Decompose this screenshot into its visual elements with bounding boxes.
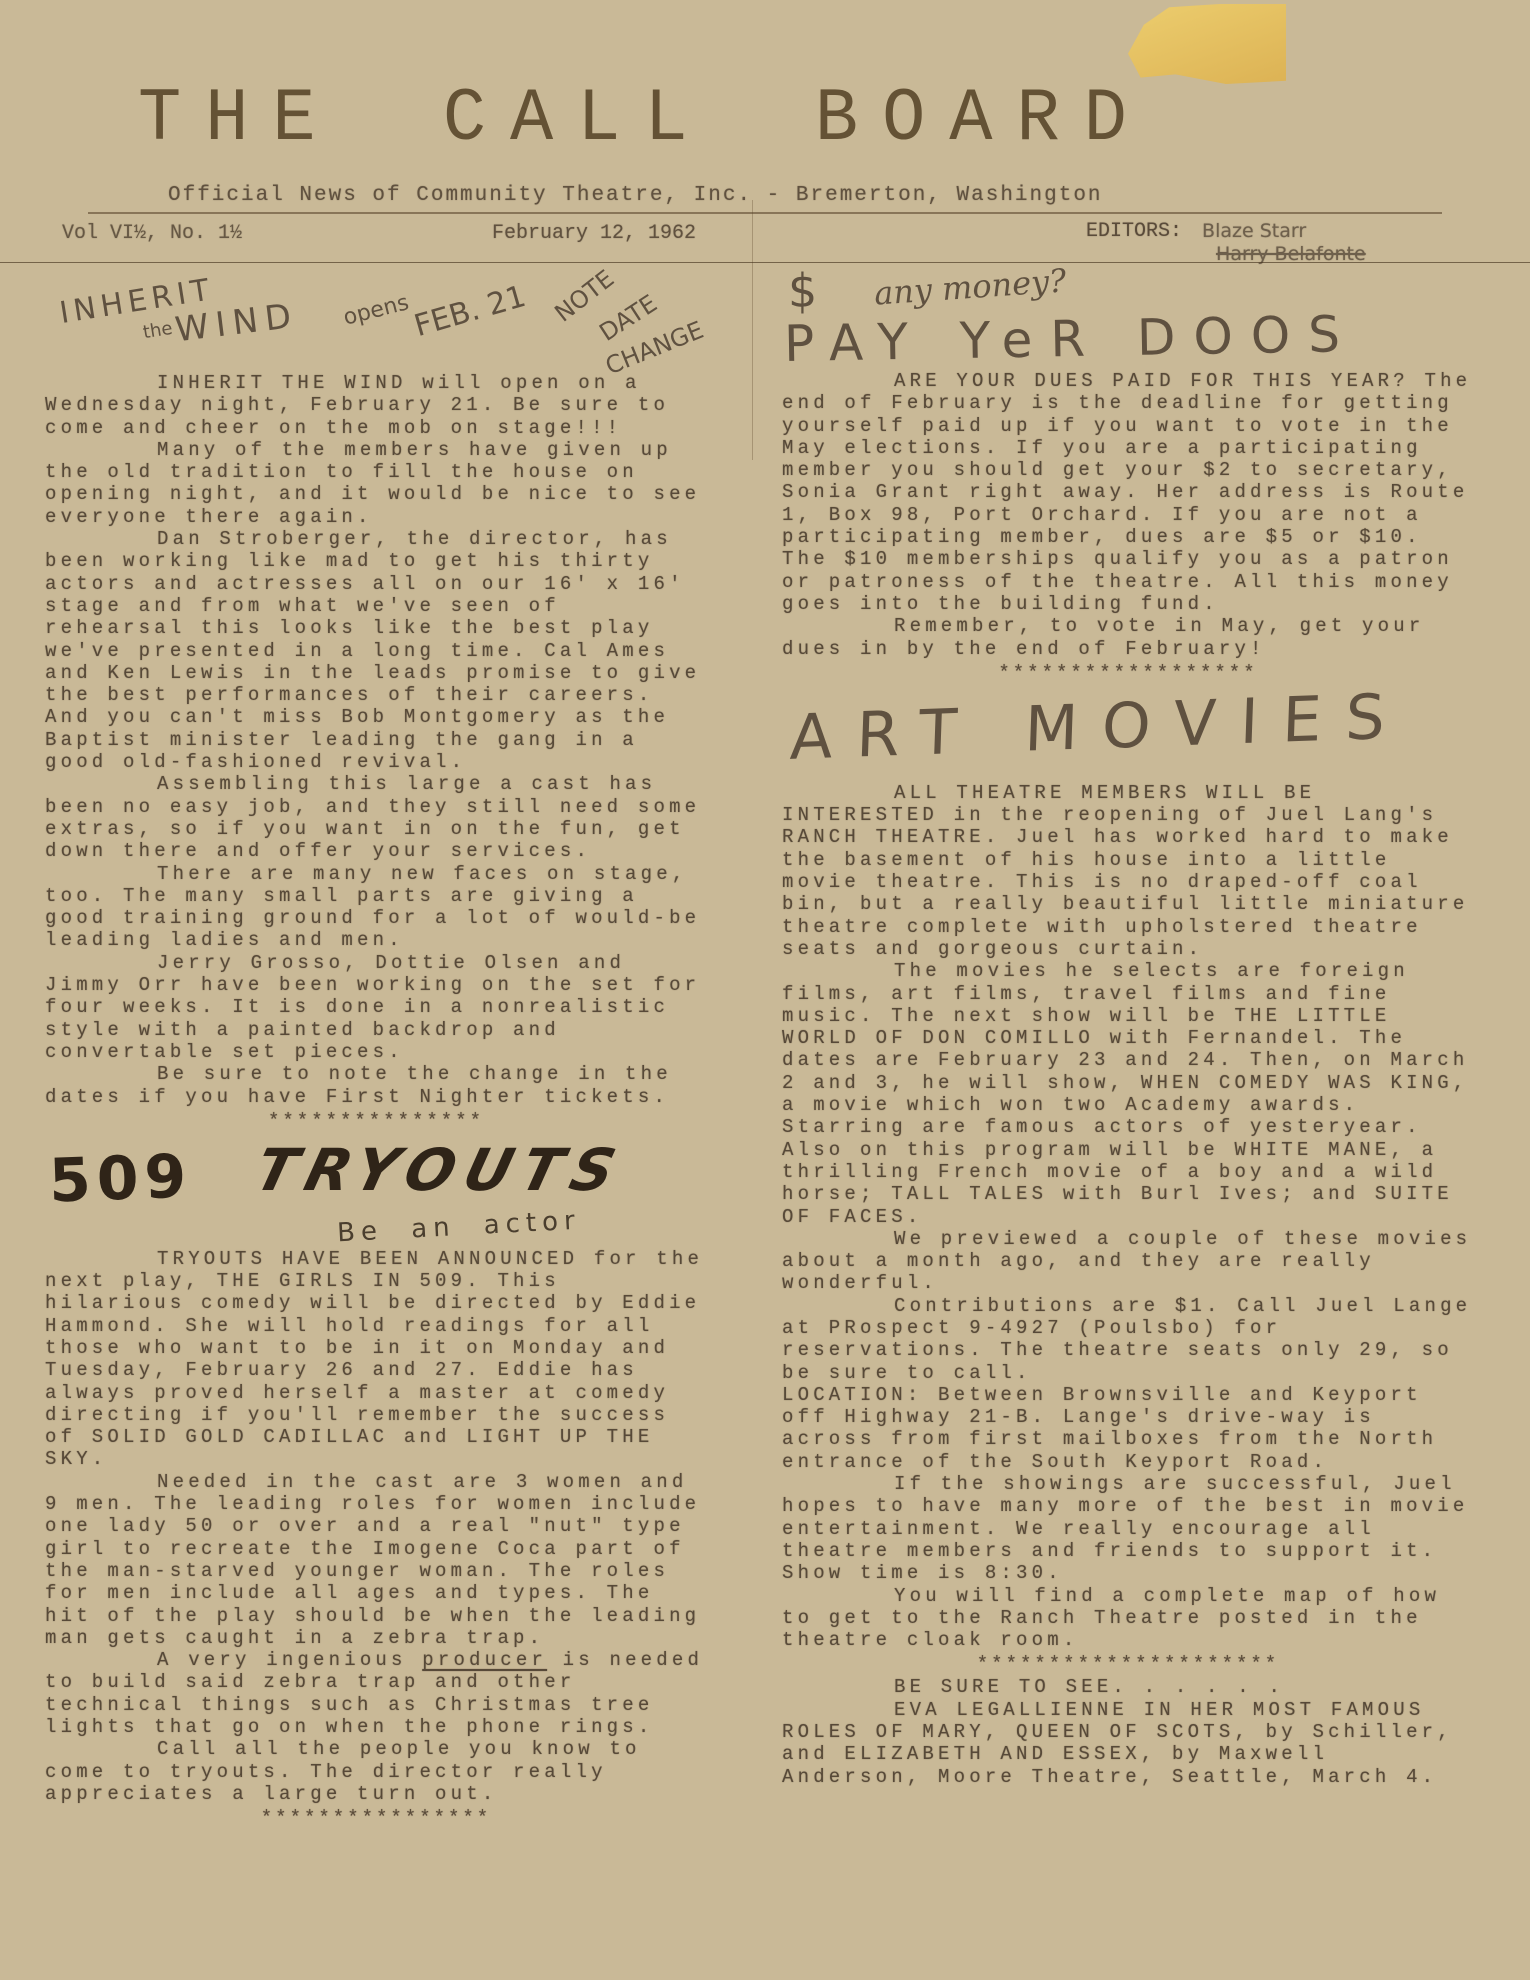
paragraph: You will find a complete map of how to g… [782,1585,1474,1652]
location-paragraph: LOCATION: Between Brownsville and Keypor… [782,1384,1474,1473]
section-divider: *************** [45,1110,707,1132]
editor-names: Blaze Starr Harry Belafonte [1202,220,1366,265]
inherit-wind-headline: INHERIT the WIND opens FEB. 21 NOTE DATE… [45,270,707,372]
newsletter-title: THE CALL BOARD [138,76,1151,161]
art-movies-article-continued: If the showings are successful, Juel hop… [782,1473,1474,1651]
dollar-sign: $ [788,264,817,318]
paragraph: There are many new faces on stage, too. … [45,863,707,952]
header-rule-bottom [0,262,1530,263]
right-column: $ any money? PAY YeR DOOS ARE YOUR DUES … [782,266,1474,1788]
paragraph: Assembling this large a cast has been no… [45,773,707,862]
volume-number: Vol VI½, No. 1½ [62,222,242,245]
be-sure-to-see-section: BE SURE TO SEE. . . . . . EVA LEGALLIENN… [782,1676,1474,1787]
headline-word: ART MOVIES [789,679,1410,774]
tryouts-article: TRYOUTS HAVE BEEN ANNOUNCED for the next… [45,1248,707,1805]
paragraph: Many of the members have given up the ol… [45,439,707,528]
section-divider: **************** [45,1807,707,1829]
paragraph-text: A very ingenious [157,1649,422,1671]
paragraph: ALL THEATRE MEMBERS WILL BE INTERESTED i… [782,782,1474,960]
headline-note: opens [341,290,411,330]
headline-word: PAY YeR DOOS [784,305,1359,373]
headline-number: 509 [48,1141,194,1216]
inherit-wind-article: INHERIT THE WIND will open on a Wednesda… [45,372,707,1108]
issue-date: February 12, 1962 [492,222,696,245]
paragraph: LOCATION: Between Brownsville and Keypor… [782,1384,1474,1473]
paragraph: TRYOUTS HAVE BEEN ANNOUNCED for the next… [45,1248,707,1471]
headline-note: any money? [873,261,1068,312]
paragraph: INHERIT THE WIND will open on a Wednesda… [45,372,707,439]
editors-label: EDITORS: [1086,220,1182,243]
editor-name: Blaze Starr [1202,220,1366,242]
paragraph: Dan Stroberger, the director, has been w… [45,528,707,773]
header-rule-top [88,212,1442,214]
headline-subtitle: Be an actor [336,1205,581,1248]
underlined-word: producer [422,1649,547,1671]
masthead-meta: Vol VI½, No. 1½ February 12, 1962 EDITOR… [0,220,1530,264]
paragraph: Contributions are $1. Call Juel Lange at… [782,1295,1474,1384]
left-column: INHERIT the WIND opens FEB. 21 NOTE DATE… [45,270,707,1830]
art-movies-article: ALL THEATRE MEMBERS WILL BE INTERESTED i… [782,782,1474,1384]
headline-word: the [142,318,174,343]
paragraph: BE SURE TO SEE. . . . . . [782,1676,1474,1698]
section-divider: ********************* [782,1653,1474,1675]
paragraph: EVA LEGALLIENNE IN HER MOST FAMOUS ROLES… [782,1699,1474,1788]
editors-block: EDITORS: Blaze Starr Harry Belafonte [1086,220,1366,267]
newsletter-subtitle: Official News of Community Theatre, Inc.… [168,184,1103,207]
art-movies-headline: ART MOVIES [782,686,1474,782]
paragraph: The movies he selects are foreign films,… [782,960,1474,1228]
tryouts-headline: 509 TRYOUTS Be an actor [45,1136,707,1248]
headline-note: FEB. 21 [410,279,529,344]
paragraph: Call all the people you know to come to … [45,1738,707,1805]
paragraph: If the showings are successful, Juel hop… [782,1473,1474,1584]
dues-article: ARE YOUR DUES PAID FOR THIS YEAR? The en… [782,370,1474,660]
paragraph: ARE YOUR DUES PAID FOR THIS YEAR? The en… [782,370,1474,615]
paragraph: Jerry Grosso, Dottie Olsen and Jimmy Orr… [45,952,707,1063]
paragraph: Needed in the cast are 3 women and 9 men… [45,1471,707,1649]
newsletter-page: THE CALL BOARD Official News of Communit… [0,0,1530,1980]
headline-word: TRYOUTS [249,1136,633,1204]
paragraph: Be sure to note the change in the dates … [45,1063,707,1108]
paragraph: Remember, to vote in May, get your dues … [782,615,1474,660]
paragraph: We previewed a couple of these movies ab… [782,1228,1474,1295]
paragraph: A very ingenious producer is needed to b… [45,1649,707,1738]
dues-headline: $ any money? PAY YeR DOOS [782,266,1474,370]
torn-corner [1128,4,1286,84]
